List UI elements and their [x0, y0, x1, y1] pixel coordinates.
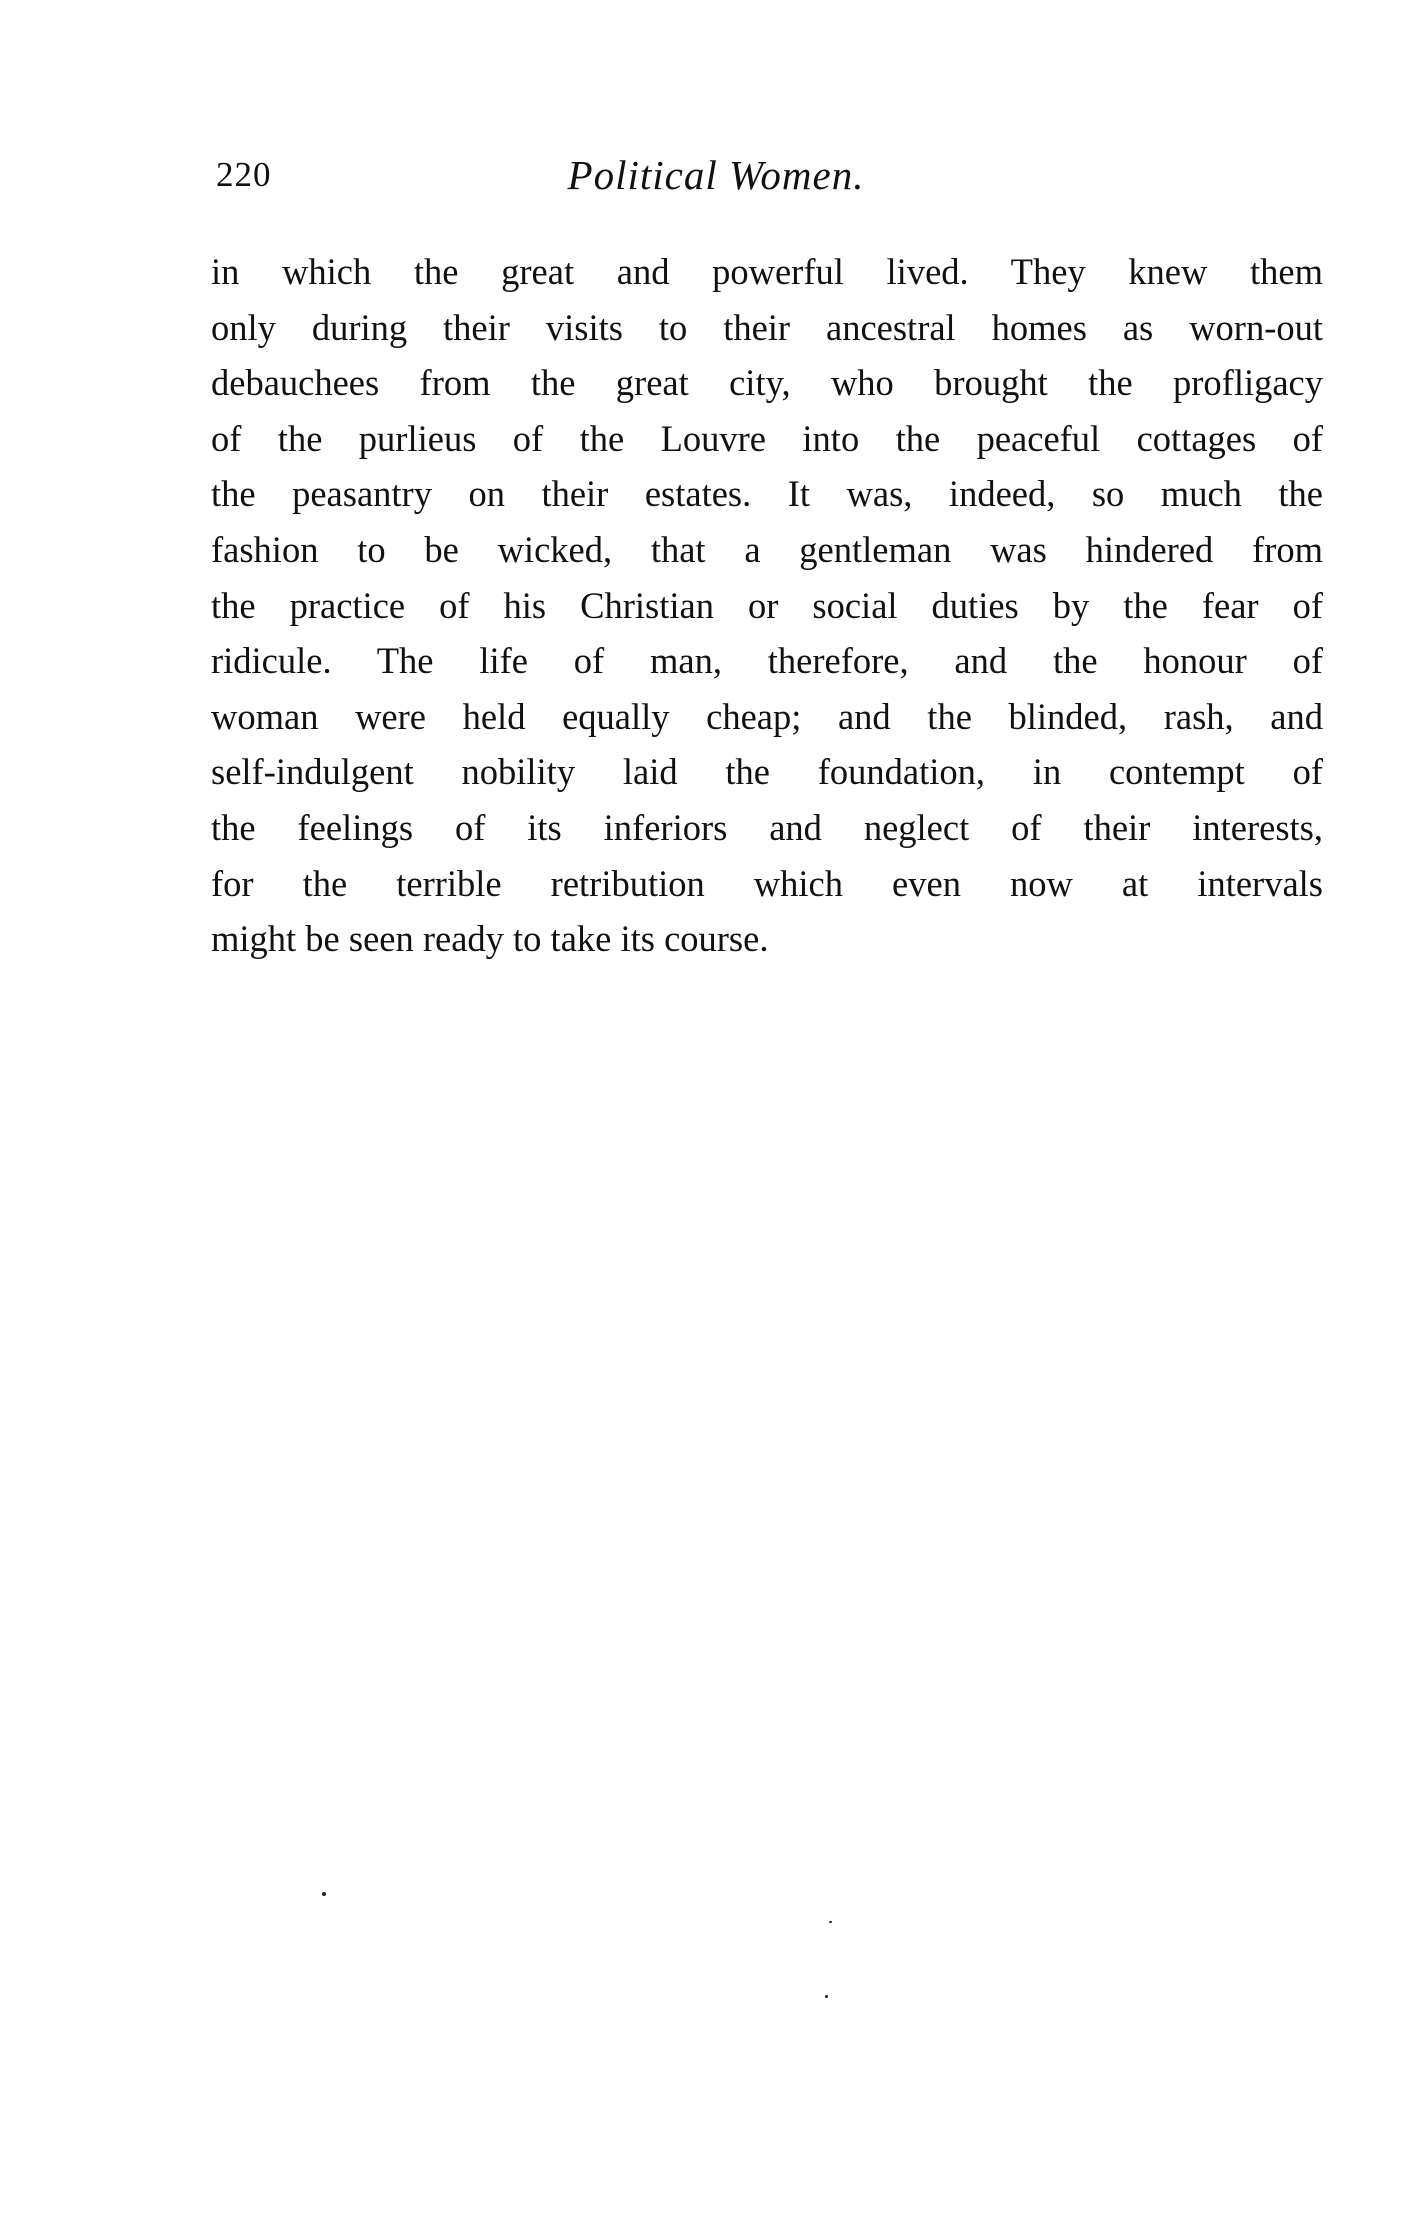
book-page: 220 Political Women. in which the great … — [0, 0, 1408, 2232]
text-line: might be seen ready to take its course. — [211, 911, 1323, 967]
text-line: of the purlieus of the Louvre into the p… — [211, 411, 1323, 467]
text-line: the practice of his Christian or social … — [211, 578, 1323, 634]
text-line: ridicule. The life of man, therefore, an… — [211, 633, 1323, 689]
running-head: 220 Political Women. — [216, 150, 1326, 200]
text-line: in which the great and powerful lived. T… — [211, 244, 1323, 300]
text-line: self-indulgent nobility laid the foundat… — [211, 744, 1323, 800]
running-title: Political Women. — [216, 150, 1216, 200]
scan-speck — [825, 1995, 828, 1998]
text-line: woman were held equally cheap; and the b… — [211, 689, 1323, 745]
scan-speck — [829, 1921, 832, 1923]
text-line: for the terrible retribution which even … — [211, 856, 1323, 912]
text-line: debauchees from the great city, who brou… — [211, 355, 1323, 411]
text-line: only during their visits to their ancest… — [211, 300, 1323, 356]
text-line: the peasantry on their estates. It was, … — [211, 466, 1323, 522]
body-paragraph: in which the great and powerful lived. T… — [211, 244, 1323, 967]
text-line: the feelings of its inferiors and neglec… — [211, 800, 1323, 856]
text-line: fashion to be wicked, that a gentleman w… — [211, 522, 1323, 578]
scan-speck — [322, 1892, 326, 1896]
